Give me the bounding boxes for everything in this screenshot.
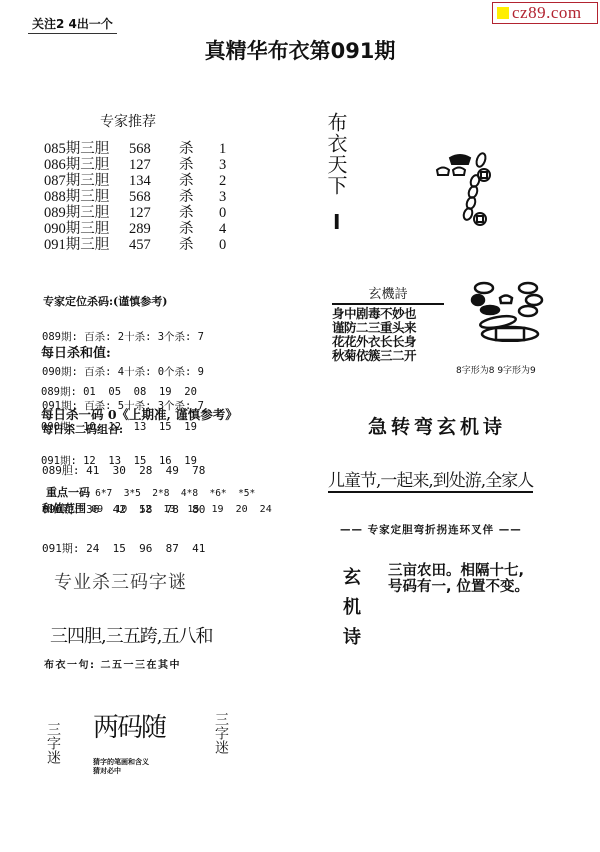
xuanji-line: 号码有一, 位置不变。	[388, 579, 529, 595]
poem-line: 身中剧毒不妙也	[332, 307, 444, 321]
sum-range-row: 和值范围 09 10 12 13 15 19 20 24	[42, 497, 272, 516]
daily-kill-two-row: 091期: 24 15 96 87 41	[42, 542, 205, 555]
vertical-title: 布衣天下	[325, 112, 347, 196]
daily-kill-two-row: 089胆: 41 30 28 49 78	[42, 464, 205, 477]
recommend-row: 089期三胆127杀0	[44, 205, 226, 221]
two-code-title: 两码随	[93, 707, 165, 744]
three-char-riddle-right: 三字迷	[213, 712, 228, 754]
recommend-row: 088期三胆568杀3	[44, 189, 226, 205]
poem-line: 谨防二三重头来	[332, 321, 444, 335]
buyi-line: 布衣一句: 二五一三在其中	[44, 656, 181, 671]
xuanji-poem-box: 玄機詩 身中剧毒不妙也 谨防二三重头来 花花外衣长长身 秋菊依簇三二开	[332, 283, 444, 363]
position-kill-row: 089期: 百杀: 2十杀: 3个杀: 7	[42, 332, 204, 344]
watermark-square-icon	[497, 7, 509, 19]
page-title: 真精华布衣第091期	[0, 35, 600, 65]
recommend-row: 085期三胆568杀1	[44, 141, 226, 157]
xuanji-text: 三亩农田。相隔十七, 号码有一, 位置不变。	[388, 563, 529, 595]
recommend-row: 086期三胆127杀3	[44, 157, 226, 173]
vertical-title-suffix: I	[333, 210, 340, 234]
position-kill-heading: 专家定位杀码:(谨慎参考)	[43, 295, 167, 308]
riddle-title: 专业杀三码字谜	[54, 568, 187, 594]
recommend-row: 091期三胆457杀0	[44, 237, 226, 253]
poem-title: 玄機詩	[332, 283, 444, 305]
turn-poem-line: 儿童节,一起来,到处游,全家人	[328, 466, 533, 493]
poem-line: 秋菊依簇三二开	[332, 349, 444, 363]
recommend-row: 087期三胆134杀2	[44, 173, 226, 189]
two-code-note: 猜字的笔画和含义猜对必中	[93, 758, 153, 776]
expert-dan-line: —— 专家定胆弯折拐连环叉伴 ——	[340, 522, 522, 537]
daily-sum-row: 089期: 01 05 08 19 20	[41, 387, 197, 399]
riddle-text: 三四胆,三五跨,五八和	[50, 622, 212, 648]
xuanji-line: 三亩农田。相隔十七,	[388, 563, 529, 579]
expert-recommend-list: 085期三胆568杀1 086期三胆127杀3 087期三胆134杀2 088期…	[44, 141, 226, 253]
sum-range-values: 09 10 12 13 15 19 20 24	[91, 504, 272, 515]
coin-eight-figure-icon	[470, 280, 550, 342]
focus-note: 关注2 4出一个	[28, 15, 117, 34]
poem-line: 花花外衣长长身	[332, 335, 444, 349]
daily-sum-heading: 每日杀和值:	[41, 346, 111, 361]
coin-seven-figure-icon	[435, 148, 515, 228]
watermark-text: cz89.com	[512, 3, 582, 23]
three-char-riddle-left: 三字迷	[45, 722, 60, 764]
daily-kill-two-heading: 每日杀二码组合:	[42, 423, 123, 436]
turn-poem-title: 急转弯玄机诗	[368, 412, 506, 439]
daily-kill-one: 每日杀一码 0《上期准, 谨慎参考》	[41, 407, 238, 422]
xuanji-vertical-title: 玄机诗	[335, 567, 365, 657]
figure-caption: 8字形为8 9字形为9	[456, 363, 536, 376]
recommend-row: 090期三胆289杀4	[44, 221, 226, 237]
expert-recommend-heading: 专家推荐	[100, 111, 156, 131]
site-watermark: cz89.com	[492, 2, 598, 24]
sum-range-label: 和值范围	[42, 502, 86, 515]
